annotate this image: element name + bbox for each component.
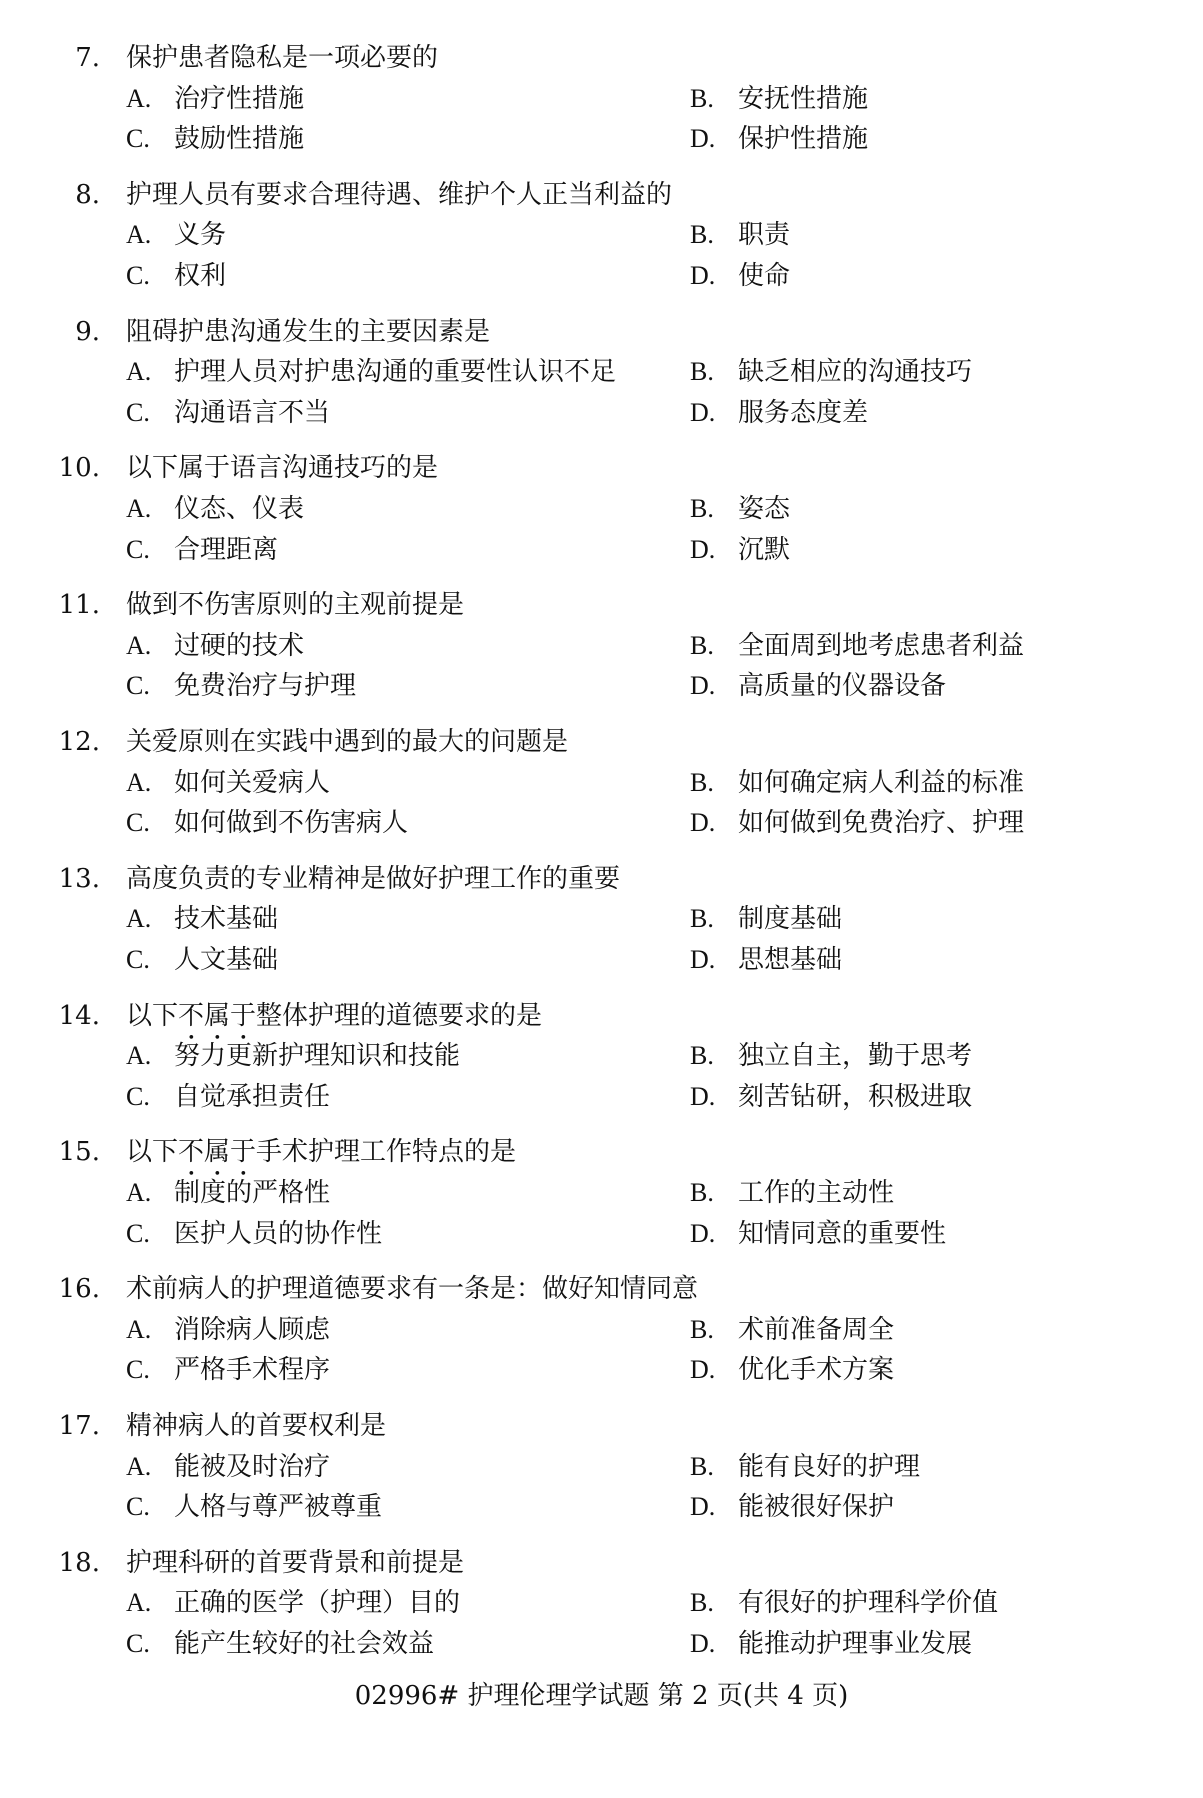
question-text-part: 阻碍护患沟通发生的主要因素是 <box>126 317 490 347</box>
question-text-part: 以下 <box>126 1001 178 1031</box>
option-b: B.全面周到地考虑患者利益 <box>690 626 1024 666</box>
option-text: 如何做到免费治疗、护理 <box>738 803 1024 843</box>
option-d: D.能被很好保护 <box>690 1487 894 1527</box>
option-text: 仪态、仪表 <box>174 489 304 529</box>
option-letter: A. <box>126 79 174 119</box>
question-stem: 9.阻碍护患沟通发生的主要因素是 <box>0 312 1203 352</box>
option-b: B.术前准备周全 <box>690 1310 894 1350</box>
option-c: C.人格与尊严被尊重 <box>126 1487 382 1527</box>
option-letter: A. <box>126 1447 174 1487</box>
option-b: B.如何确定病人利益的标准 <box>690 763 1024 803</box>
question-number: 7. <box>40 38 100 78</box>
question-text-part: 精神病人的首要权利是 <box>126 1411 386 1441</box>
question-text-part: 保护患者隐私是一项必要的 <box>126 43 438 73</box>
option-c: C.自觉承担责任 <box>126 1077 330 1117</box>
option-d: D.高质量的仪器设备 <box>690 666 946 706</box>
option-text: 知情同意的重要性 <box>738 1214 946 1254</box>
option-text: 技术基础 <box>174 899 278 939</box>
option-text: 自觉承担责任 <box>174 1077 330 1117</box>
option-letter: B. <box>690 899 738 939</box>
option-text: 严格手术程序 <box>174 1350 330 1390</box>
option-letter: C. <box>126 393 174 433</box>
question-text-part: 做到不伤害原则的主观前提是 <box>126 590 464 620</box>
option-text: 能推动护理事业发展 <box>738 1624 972 1664</box>
option-a: A.义务 <box>126 215 226 255</box>
option-letter: C. <box>126 119 174 159</box>
option-letter: D. <box>690 119 738 159</box>
option-d: D.优化手术方案 <box>690 1350 894 1390</box>
question-number: 10. <box>40 448 100 488</box>
option-d: D.使命 <box>690 256 790 296</box>
option-letter: D. <box>690 530 738 570</box>
question-stem: 14.以下不属于整体护理的道德要求的是 <box>0 996 1203 1036</box>
question-number: 9. <box>40 312 100 352</box>
option-letter: A. <box>126 763 174 803</box>
question-text-part: 整体护理的道德要求的是 <box>256 1001 542 1031</box>
option-letter: A. <box>126 215 174 255</box>
option-text: 正确的医学（护理）目的 <box>174 1583 460 1623</box>
question-number: 17. <box>40 1406 100 1446</box>
option-text: 努力更新护理知识和技能 <box>174 1036 460 1076</box>
option-b: B.职责 <box>690 215 790 255</box>
option-text: 高质量的仪器设备 <box>738 666 946 706</box>
question-stem: 8.护理人员有要求合理待遇、维护个人正当利益的 <box>0 175 1203 215</box>
option-text: 能被及时治疗 <box>174 1447 330 1487</box>
option-letter: A. <box>126 1583 174 1623</box>
option-c: C.医护人员的协作性 <box>126 1214 382 1254</box>
option-letter: C. <box>126 803 174 843</box>
option-text: 全面周到地考虑患者利益 <box>738 626 1024 666</box>
question-text-part: 以下属于语言沟通技巧的是 <box>126 453 438 483</box>
option-d: D.保护性措施 <box>690 119 868 159</box>
question-text-part: 护理人员有要求合理待遇、维护个人正当利益的 <box>126 180 672 210</box>
option-letter: C. <box>126 256 174 296</box>
option-d: D.刻苦钻研，积极进取 <box>690 1077 972 1117</box>
option-text: 如何做到不伤害病人 <box>174 803 408 843</box>
option-b: B.制度基础 <box>690 899 842 939</box>
option-letter: C. <box>126 1624 174 1664</box>
option-c: C.合理距离 <box>126 530 278 570</box>
option-letter: C. <box>126 1487 174 1527</box>
question-stem: 17.精神病人的首要权利是 <box>0 1406 1203 1446</box>
option-letter: A. <box>126 1310 174 1350</box>
option-d: D.知情同意的重要性 <box>690 1214 946 1254</box>
option-letter: B. <box>690 1036 738 1076</box>
option-d: D.思想基础 <box>690 940 842 980</box>
question-stem: 10.以下属于语言沟通技巧的是 <box>0 448 1203 488</box>
option-letter: C. <box>126 666 174 706</box>
question-stem: 12.关爱原则在实践中遇到的最大的问题是 <box>0 722 1203 762</box>
option-text: 消除病人顾虑 <box>174 1310 330 1350</box>
question-text-part: 术前病人的护理道德要求有一条是：做好知情同意 <box>126 1274 698 1304</box>
option-text: 刻苦钻研，积极进取 <box>738 1077 972 1117</box>
option-letter: C. <box>126 1214 174 1254</box>
option-b: B.工作的主动性 <box>690 1173 894 1213</box>
option-text: 人格与尊严被尊重 <box>174 1487 382 1527</box>
option-text: 免费治疗与护理 <box>174 666 356 706</box>
option-text: 姿态 <box>738 489 790 529</box>
option-letter: B. <box>690 1310 738 1350</box>
option-text: 制度基础 <box>738 899 842 939</box>
option-text: 能被很好保护 <box>738 1487 894 1527</box>
option-letter: D. <box>690 666 738 706</box>
option-letter: D. <box>690 256 738 296</box>
option-a: A.仪态、仪表 <box>126 489 304 529</box>
option-b: B.能有良好的护理 <box>690 1447 920 1487</box>
option-d: D.服务态度差 <box>690 393 868 433</box>
option-a: A.努力更新护理知识和技能 <box>126 1036 460 1076</box>
option-text: 护理人员对护患沟通的重要性认识不足 <box>174 352 616 392</box>
option-letter: B. <box>690 215 738 255</box>
option-letter: B. <box>690 489 738 529</box>
question-number: 13. <box>40 859 100 899</box>
option-text: 缺乏相应的沟通技巧 <box>738 352 972 392</box>
page-footer: 02996# 护理伦理学试题 第 2 页(共 4 页) <box>0 1676 1203 1716</box>
option-c: C.权利 <box>126 256 226 296</box>
exam-page: 7.保护患者隐私是一项必要的A.治疗性措施B.安抚性措施C.鼓励性措施D.保护性… <box>0 0 1203 1798</box>
option-text: 术前准备周全 <box>738 1310 894 1350</box>
option-letter: D. <box>690 1077 738 1117</box>
option-letter: D. <box>690 803 738 843</box>
emphasized-text: 不属于 <box>178 1137 256 1167</box>
question-number: 8. <box>40 175 100 215</box>
option-b: B.独立自主，勤于思考 <box>690 1036 972 1076</box>
option-a: A.过硬的技术 <box>126 626 304 666</box>
option-letter: A. <box>126 899 174 939</box>
question-number: 14. <box>40 996 100 1036</box>
option-letter: D. <box>690 1214 738 1254</box>
option-text: 思想基础 <box>738 940 842 980</box>
option-text: 过硬的技术 <box>174 626 304 666</box>
option-text: 如何确定病人利益的标准 <box>738 763 1024 803</box>
option-text: 职责 <box>738 215 790 255</box>
option-letter: A. <box>126 352 174 392</box>
option-letter: A. <box>126 626 174 666</box>
question-number: 16. <box>40 1269 100 1309</box>
option-letter: B. <box>690 352 738 392</box>
option-d: D.能推动护理事业发展 <box>690 1624 972 1664</box>
option-letter: A. <box>126 1036 174 1076</box>
option-a: A.治疗性措施 <box>126 79 304 119</box>
question-text-part: 以下 <box>126 1137 178 1167</box>
option-c: C.沟通语言不当 <box>126 393 330 433</box>
option-b: B.有很好的护理科学价值 <box>690 1583 998 1623</box>
option-letter: A. <box>126 489 174 529</box>
question-stem: 15.以下不属于手术护理工作特点的是 <box>0 1132 1203 1172</box>
question-text-part: 关爱原则在实践中遇到的最大的问题是 <box>126 727 568 757</box>
option-b: B.缺乏相应的沟通技巧 <box>690 352 972 392</box>
option-d: D.沉默 <box>690 530 790 570</box>
option-a: A.消除病人顾虑 <box>126 1310 330 1350</box>
option-a: A.如何关爱病人 <box>126 763 330 803</box>
option-text: 能有良好的护理 <box>738 1447 920 1487</box>
option-letter: C. <box>126 940 174 980</box>
question-stem: 11.做到不伤害原则的主观前提是 <box>0 585 1203 625</box>
option-c: C.人文基础 <box>126 940 278 980</box>
option-b: B.姿态 <box>690 489 790 529</box>
option-text: 鼓励性措施 <box>174 119 304 159</box>
option-text: 工作的主动性 <box>738 1173 894 1213</box>
option-text: 合理距离 <box>174 530 278 570</box>
option-a: A.能被及时治疗 <box>126 1447 330 1487</box>
question-text-part: 手术护理工作特点的是 <box>256 1137 516 1167</box>
option-letter: C. <box>126 530 174 570</box>
option-letter: B. <box>690 1173 738 1213</box>
option-c: C.鼓励性措施 <box>126 119 304 159</box>
question-stem: 18.护理科研的首要背景和前提是 <box>0 1543 1203 1583</box>
option-a: A.护理人员对护患沟通的重要性认识不足 <box>126 352 616 392</box>
option-text: 沟通语言不当 <box>174 393 330 433</box>
option-text: 治疗性措施 <box>174 79 304 119</box>
option-letter: B. <box>690 763 738 803</box>
question-stem: 7.保护患者隐私是一项必要的 <box>0 38 1203 78</box>
option-letter: B. <box>690 1583 738 1623</box>
option-a: A.技术基础 <box>126 899 278 939</box>
option-text: 如何关爱病人 <box>174 763 330 803</box>
question-stem: 16.术前病人的护理道德要求有一条是：做好知情同意 <box>0 1269 1203 1309</box>
option-c: C.免费治疗与护理 <box>126 666 356 706</box>
option-text: 有很好的护理科学价值 <box>738 1583 998 1623</box>
option-text: 制度的严格性 <box>174 1173 330 1213</box>
option-letter: D. <box>690 1350 738 1390</box>
option-letter: A. <box>126 1173 174 1213</box>
question-number: 18. <box>40 1543 100 1583</box>
option-d: D.如何做到免费治疗、护理 <box>690 803 1024 843</box>
question-text-part: 护理科研的首要背景和前提是 <box>126 1548 464 1578</box>
option-a: A.制度的严格性 <box>126 1173 330 1213</box>
option-text: 医护人员的协作性 <box>174 1214 382 1254</box>
option-letter: D. <box>690 393 738 433</box>
question-stem: 13.高度负责的专业精神是做好护理工作的重要 <box>0 859 1203 899</box>
option-text: 权利 <box>174 256 226 296</box>
emphasized-text: 不属于 <box>178 1001 256 1031</box>
option-b: B.安抚性措施 <box>690 79 868 119</box>
option-text: 使命 <box>738 256 790 296</box>
option-c: C.能产生较好的社会效益 <box>126 1624 434 1664</box>
option-letter: D. <box>690 940 738 980</box>
option-text: 沉默 <box>738 530 790 570</box>
question-number: 11. <box>40 585 100 625</box>
option-c: C.严格手术程序 <box>126 1350 330 1390</box>
option-text: 服务态度差 <box>738 393 868 433</box>
option-letter: B. <box>690 626 738 666</box>
option-text: 保护性措施 <box>738 119 868 159</box>
option-a: A.正确的医学（护理）目的 <box>126 1583 460 1623</box>
option-letter: C. <box>126 1077 174 1117</box>
option-text: 安抚性措施 <box>738 79 868 119</box>
option-text: 义务 <box>174 215 226 255</box>
option-text: 优化手术方案 <box>738 1350 894 1390</box>
option-letter: B. <box>690 1447 738 1487</box>
option-letter: C. <box>126 1350 174 1390</box>
option-c: C.如何做到不伤害病人 <box>126 803 408 843</box>
option-letter: D. <box>690 1487 738 1527</box>
option-text: 人文基础 <box>174 940 278 980</box>
question-text-part: 高度负责的专业精神是做好护理工作的重要 <box>126 864 620 894</box>
option-letter: D. <box>690 1624 738 1664</box>
option-text: 能产生较好的社会效益 <box>174 1624 434 1664</box>
option-text: 独立自主，勤于思考 <box>738 1036 972 1076</box>
question-number: 15. <box>40 1132 100 1172</box>
option-letter: B. <box>690 79 738 119</box>
question-number: 12. <box>40 722 100 762</box>
